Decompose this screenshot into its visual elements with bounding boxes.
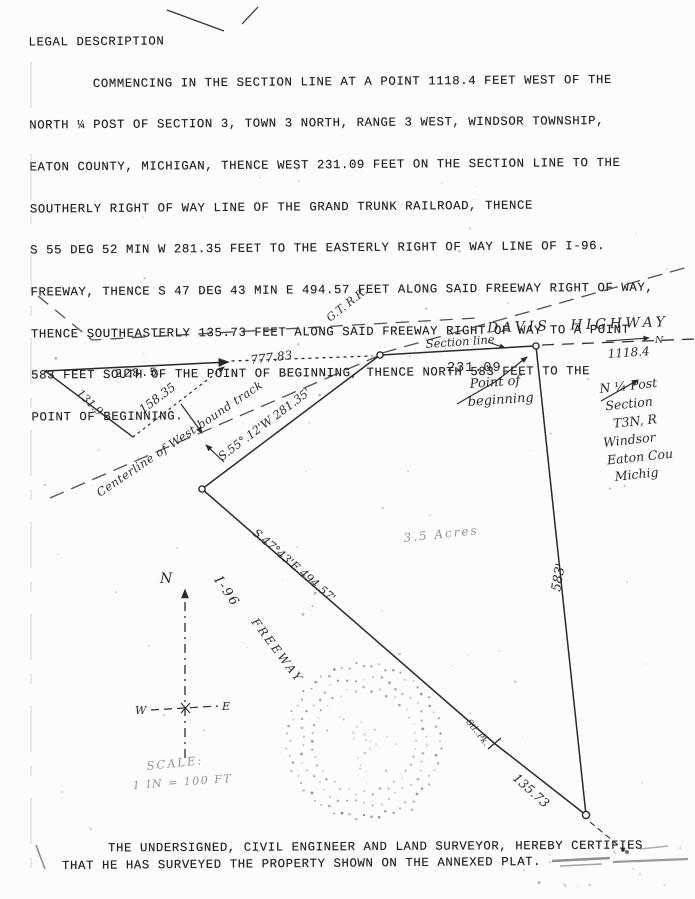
plat-drawing: DAVIS HIGHWAY G.T. R.R. Section line 231… [0,0,695,899]
dim-231-09: 231.09 [447,361,502,376]
area-label: 3.5 Acres [403,523,479,545]
margin-note-line: Michig [613,464,659,484]
north-label: N [159,571,173,587]
stray-pen-marks [167,7,258,31]
dim-777-83: 777.83 [250,348,294,367]
point-of-beginning-label-1: Point of [468,373,523,392]
east-label: E [221,700,230,713]
davis-highway-label: DAVIS HIGHWAY [486,314,669,336]
bearing-freeway-label: S.47°43'E 494.57' [250,526,338,605]
dim-158-35: 158.35 [136,380,178,416]
highway-centerline-dashed [38,296,477,340]
survey-point-markers [199,343,590,819]
scale-label-1: SCALE: [146,753,204,773]
certification-statement: THE UNDERSIGNED, CIVIL ENGINEER AND LAND… [0,840,695,896]
dim-583: 583' [549,562,569,593]
freeway-name-2: FREEWAY [248,615,306,686]
dim-1118-4: 1118.4 [607,344,650,361]
grand-trunk-railroad-label: G.T. R.R. [324,284,370,324]
surveyor-seal [285,662,442,820]
north-tag-label: N [654,335,664,346]
dim-228-5: 228.5 [115,365,159,381]
west-label: W [135,704,148,717]
certification-line: THE UNDERSIGNED, CIVIL ENGINEER AND LAND… [108,839,643,856]
dim-131-9: 131.9 [74,387,106,418]
freeway-name-1: I-96 [210,573,242,610]
monument-label: Stl. Pk. [464,718,491,749]
dim-135-73: 135.73 [510,770,553,810]
margin-note: N ¼ Post Section T3N, R Windsor Eaton Co… [597,374,676,485]
point-of-beginning-label-2: beginning [467,390,534,410]
margin-note-line: T3N, R [612,411,657,430]
scale-label-2: 1 IN = 100 FT [132,772,232,792]
margin-note-line: Eaton Cou [605,446,673,468]
certification-line: THAT HE HAS SURVEYED THE PROPERTY SHOWN … [62,855,541,873]
margin-note-line: Windsor [602,429,657,450]
margin-note-line: Section [605,394,654,414]
scanned-survey-plat-page: LEGAL DESCRIPTION COMMENCING IN THE SECT… [0,0,695,899]
railroad-right-of-way-boundary [202,355,380,489]
